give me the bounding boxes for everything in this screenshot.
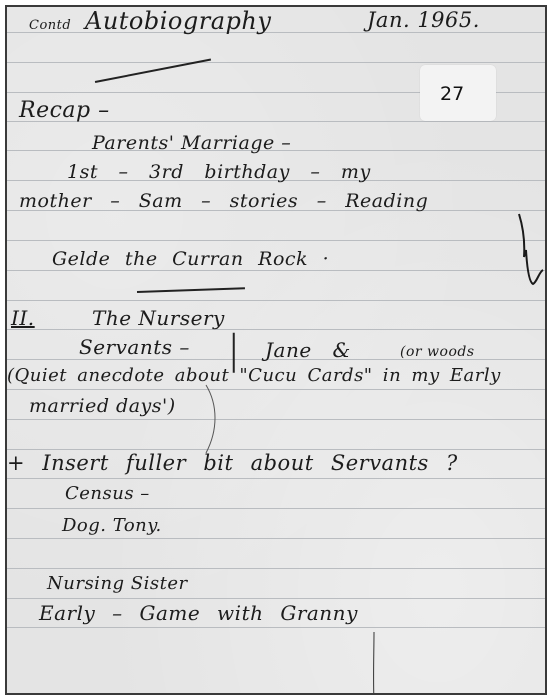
- ruled-line: [7, 598, 545, 599]
- margin-scribble: [517, 212, 547, 292]
- ruled-line: [7, 568, 545, 569]
- ruled-line: [7, 300, 545, 301]
- ruled-line: [7, 538, 545, 539]
- line-early-game: Early – Game with Granny: [39, 603, 358, 623]
- line-jane: Jane &: [265, 340, 351, 360]
- line-mother: mother – Sam – stories – Reading: [19, 192, 428, 211]
- line-servants: Servants –: [79, 337, 190, 357]
- ruled-line: [7, 240, 545, 241]
- ruled-line: [7, 270, 545, 271]
- line-parents-marriage: Parents' Marriage –: [92, 134, 291, 153]
- page-number-label: 27: [420, 65, 496, 121]
- header-date: Jan. 1965.: [367, 10, 480, 31]
- line-nursing-sister: Nursing Sister: [47, 575, 188, 593]
- page-number: 27: [440, 83, 464, 105]
- ruled-line: [7, 419, 545, 420]
- golden-rule-underline: [137, 287, 245, 292]
- ruled-line: [7, 508, 545, 509]
- line-golden-rule: Gelde the Curran Rock ·: [52, 250, 329, 269]
- ruled-line: [7, 62, 545, 63]
- header-prefix: Contd: [29, 19, 71, 32]
- ruled-line: [7, 329, 545, 330]
- ruled-line: [7, 449, 545, 450]
- paren-stroke: [204, 385, 224, 455]
- line-recap: Recap –: [19, 100, 110, 122]
- line-quote: (Quiet anecdote about "Cucu Cards" in my…: [7, 367, 501, 385]
- line-nursery: The Nursery: [92, 308, 225, 328]
- header-title: Autobiography: [85, 9, 271, 33]
- line-married-days: married days'): [29, 397, 176, 416]
- ruled-line: [7, 389, 545, 390]
- notebook-page: 27 Contd Autobiography Jan. 1965. Recap …: [5, 5, 547, 695]
- line-dog: Dog. Tony.: [62, 517, 162, 535]
- line-census: Census –: [65, 485, 150, 503]
- ruled-line: [7, 478, 545, 479]
- line-birthday: 1st – 3rd birthday – my: [67, 163, 371, 182]
- descender-stroke: [369, 632, 379, 695]
- line-margin-note: (or woods: [400, 345, 475, 359]
- line-section-number: II.: [11, 308, 35, 328]
- ruled-line: [7, 627, 545, 628]
- line-question: + Insert fuller bit about Servants ?: [7, 453, 458, 474]
